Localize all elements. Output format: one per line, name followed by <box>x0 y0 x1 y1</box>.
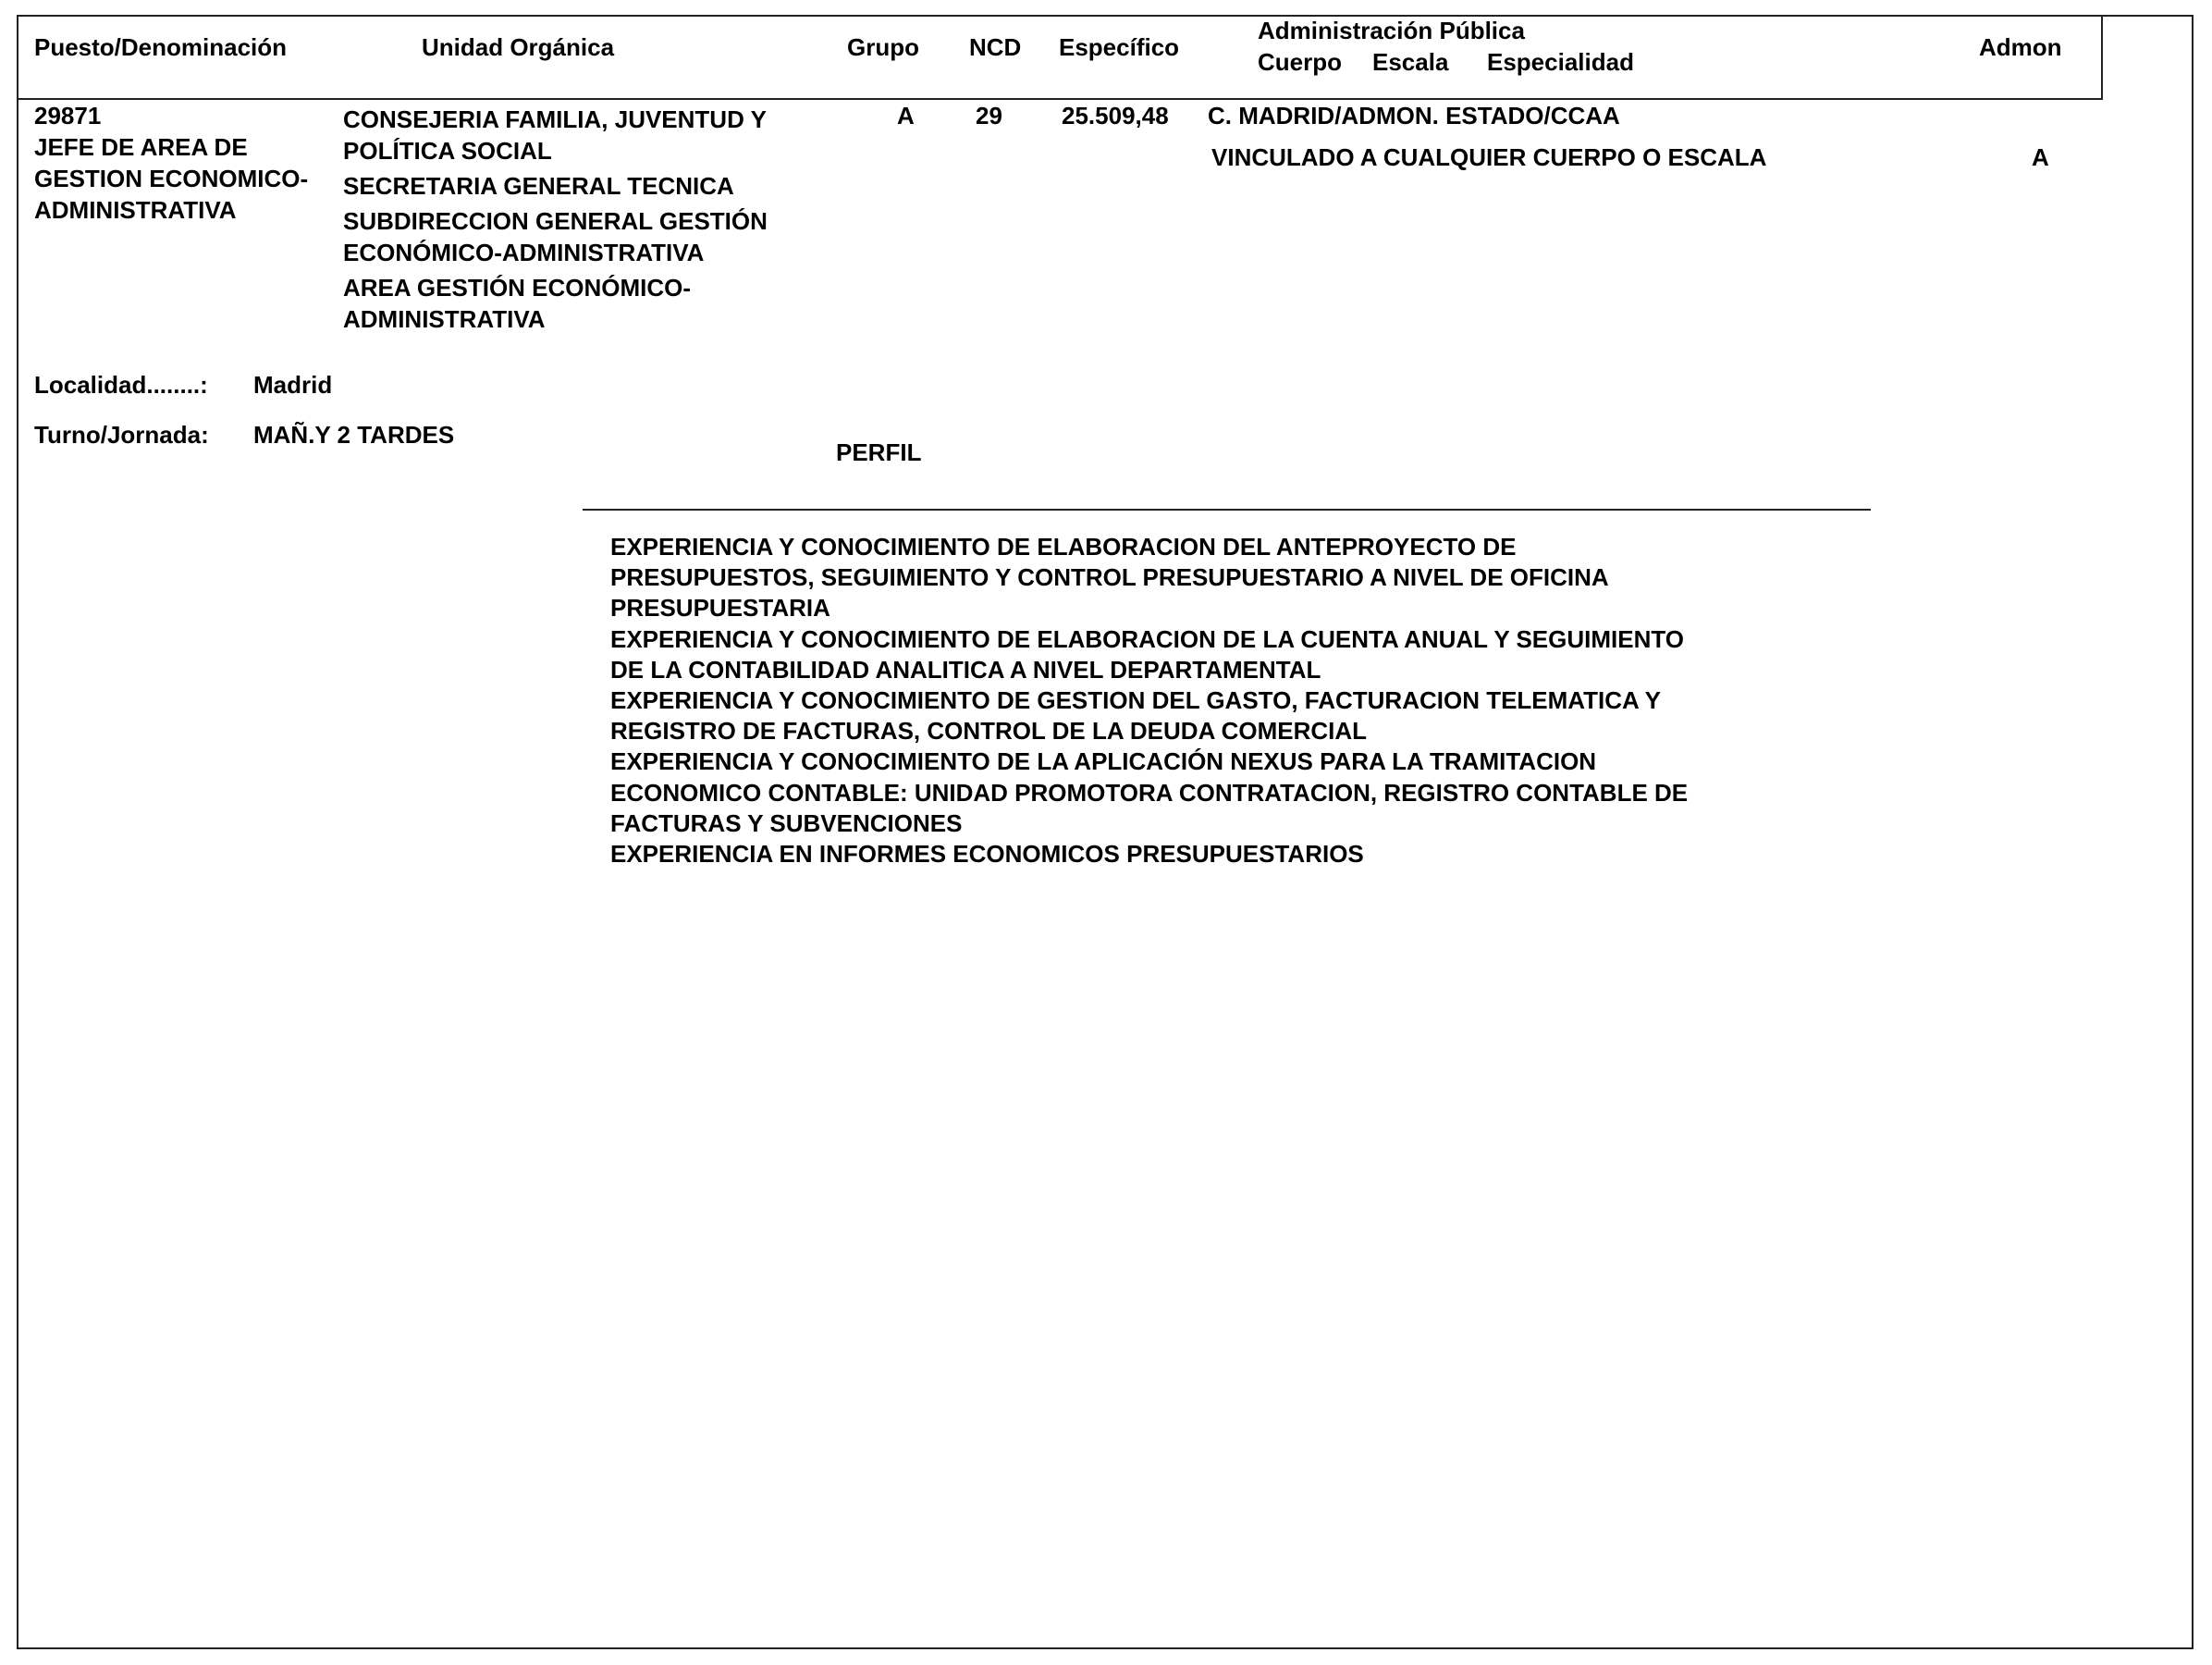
perfil-title: PERFIL <box>836 440 921 464</box>
unidad-line: SUBDIRECCION GENERAL GESTIÓN <box>343 205 768 237</box>
header-cuerpo: Cuerpo <box>1258 50 1342 74</box>
turno-label: Turno/Jornada: <box>34 423 209 447</box>
perfil-line: REGISTRO DE FACTURAS, CONTROL DE LA DEUD… <box>610 716 1688 746</box>
header-escala: Escala <box>1372 50 1448 74</box>
perfil-requirements: EXPERIENCIA Y CONOCIMIENTO DE ELABORACIO… <box>610 532 1688 869</box>
header-grupo: Grupo <box>847 35 919 59</box>
unidad-line: ADMINISTRATIVA <box>343 303 768 335</box>
cuerpo-escala-value: VINCULADO A CUALQUIER CUERPO O ESCALA <box>1211 145 1766 169</box>
perfil-line: EXPERIENCIA EN INFORMES ECONOMICOS PRESU… <box>610 839 1688 869</box>
perfil-line: PRESUPUESTARIA <box>610 593 1688 623</box>
denominacion-line: ADMINISTRATIVA <box>34 194 308 226</box>
perfil-line: DE LA CONTABILIDAD ANALITICA A NIVEL DEP… <box>610 655 1688 685</box>
unidad-line: ECONÓMICO-ADMINISTRATIVA <box>343 237 768 268</box>
grupo-value: A <box>897 104 915 128</box>
denominacion-line: JEFE DE AREA DE <box>34 131 308 163</box>
especifico-value: 25.509,48 <box>1062 104 1169 128</box>
puesto-column: 29871 JEFE DE AREA DE GESTION ECONOMICO-… <box>34 100 308 226</box>
ncd-value: 29 <box>976 104 1002 128</box>
perfil-line: EXPERIENCIA Y CONOCIMIENTO DE GESTION DE… <box>610 685 1688 716</box>
perfil-line: EXPERIENCIA Y CONOCIMIENTO DE ELABORACIO… <box>610 532 1688 562</box>
admon-value: A <box>2032 145 2049 169</box>
header-puesto: Puesto/Denominación <box>34 35 287 59</box>
localidad-value: Madrid <box>253 373 332 397</box>
header-admon: Admon <box>1979 35 2062 59</box>
header-administracion-publica: Administración Pública <box>1258 18 1525 43</box>
puesto-codigo: 29871 <box>34 100 308 131</box>
header-especifico: Específico <box>1059 35 1179 59</box>
perfil-line: ECONOMICO CONTABLE: UNIDAD PROMOTORA CON… <box>610 778 1688 808</box>
perfil-line: PRESUPUESTOS, SEGUIMIENTO Y CONTROL PRES… <box>610 562 1688 593</box>
perfil-divider <box>583 509 1871 511</box>
perfil-line: EXPERIENCIA Y CONOCIMIENTO DE ELABORACIO… <box>610 624 1688 655</box>
header-ncd: NCD <box>969 35 1021 59</box>
header-especialidad: Especialidad <box>1487 50 1634 74</box>
header-unidad-organica: Unidad Orgánica <box>422 35 614 59</box>
unidad-line: AREA GESTIÓN ECONÓMICO- <box>343 272 768 303</box>
turno-value: MAÑ.Y 2 TARDES <box>253 423 454 447</box>
unidad-line: SECRETARIA GENERAL TECNICA <box>343 170 768 202</box>
localidad-label: Localidad........: <box>34 373 208 397</box>
perfil-line: EXPERIENCIA Y CONOCIMIENTO DE LA APLICAC… <box>610 746 1688 777</box>
unidad-organica-column: CONSEJERIA FAMILIA, JUVENTUD Y POLÍTICA … <box>343 104 768 335</box>
administracion-publica-value: C. MADRID/ADMON. ESTADO/CCAA <box>1208 104 1620 128</box>
unidad-line: POLÍTICA SOCIAL <box>343 135 768 166</box>
perfil-line: FACTURAS Y SUBVENCIONES <box>610 808 1688 839</box>
unidad-line: CONSEJERIA FAMILIA, JUVENTUD Y <box>343 104 768 135</box>
denominacion-line: GESTION ECONOMICO- <box>34 163 308 194</box>
